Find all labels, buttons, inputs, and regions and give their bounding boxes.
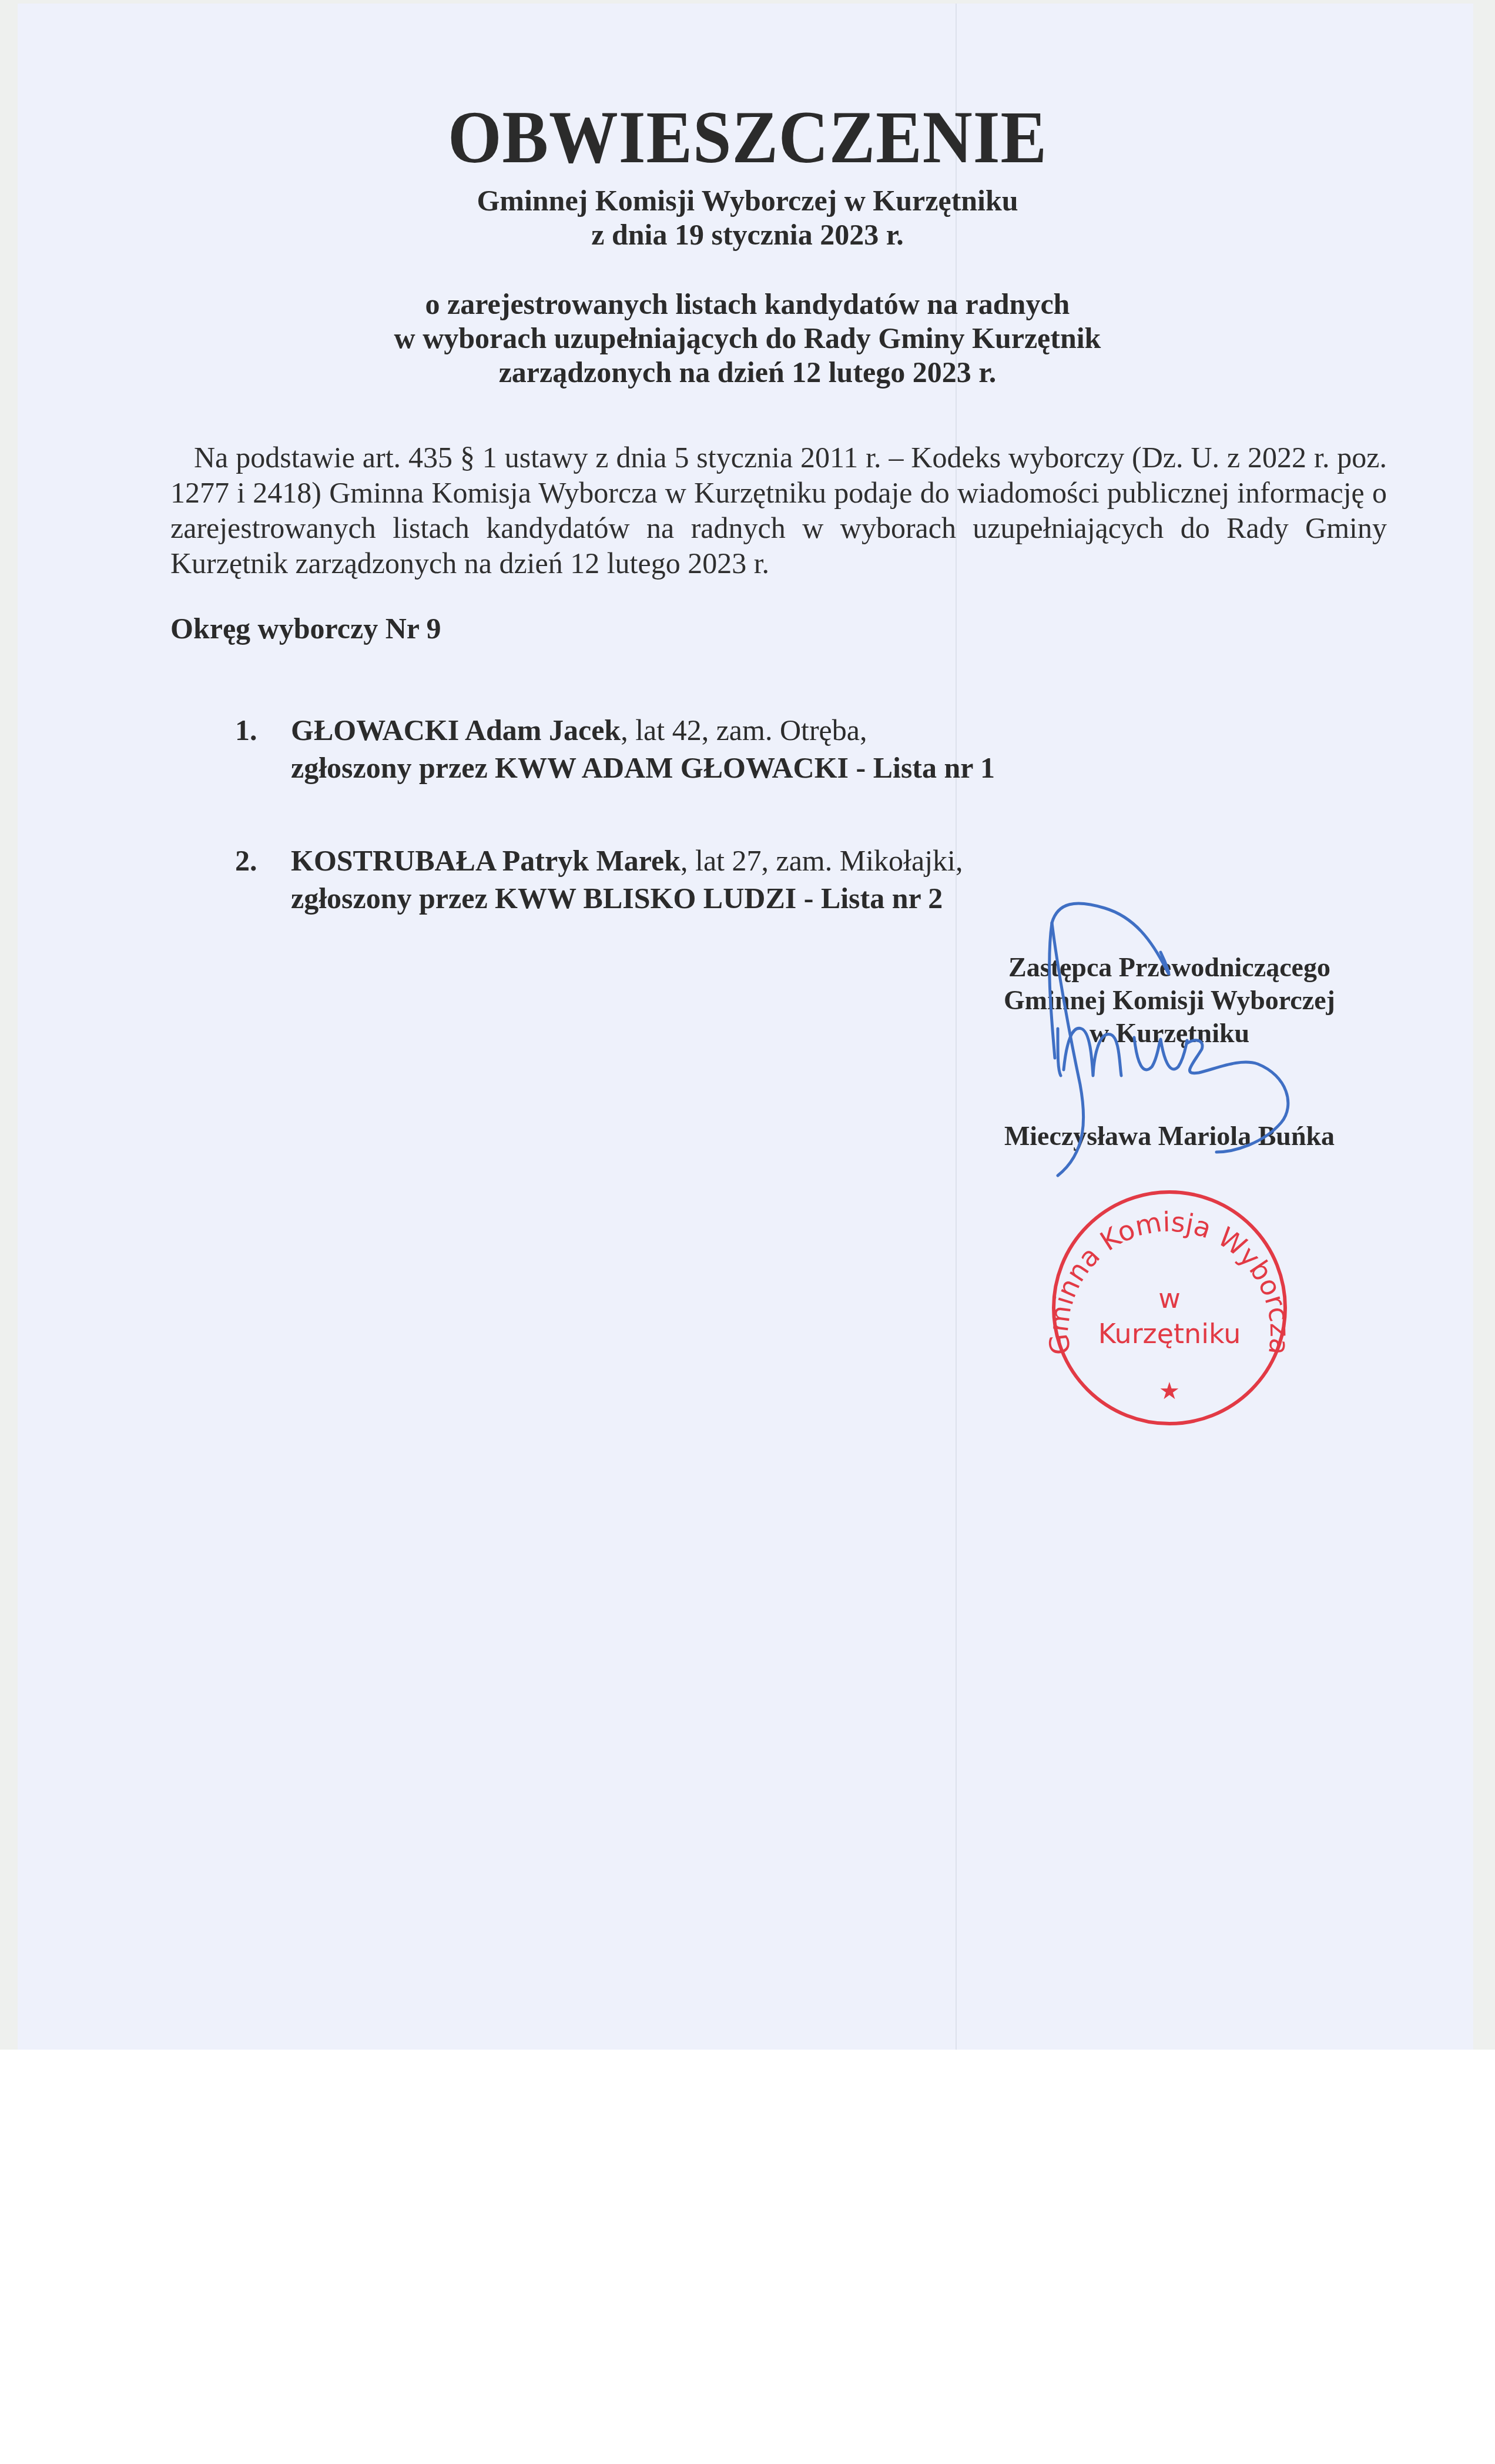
signatory-role-line: Gminnej Komisji Wyborczej [940,984,1399,1017]
signatory-role-line: Zastępca Przewodniczącego [940,951,1399,984]
signatory-role: Zastępca Przewodniczącego Gminnej Komisj… [940,951,1399,1050]
signatory-name: Mieczysława Mariola Buńka [940,1120,1399,1153]
candidate-number: 1. [235,711,257,749]
date-line: z dnia 19 stycznia 2023 r. [0,217,1495,252]
document-title: OBWIESZCZENIE [60,94,1435,180]
topic-line-1: o zarejestrowanych listach kandydatów na… [0,287,1495,321]
candidate-nomination: zgłoszony przez KWW BLISKO LUDZI - Lista… [291,882,943,915]
candidate-details: , lat 42, zam. Otręba, [621,714,867,746]
topic-line-3: zarządzonych na dzień 12 lutego 2023 r. [0,355,1495,389]
topic-line-2: w wyborach uzupełniających do Rady Gminy… [0,321,1495,355]
candidate-name: GŁOWACKI Adam Jacek [291,714,621,746]
signatory-role-line: w Kurzętniku [940,1017,1399,1050]
candidate-nomination: zgłoszony przez KWW ADAM GŁOWACKI - List… [291,751,995,784]
district-heading: Okręg wyborczy Nr 9 [170,611,441,645]
body-paragraph: Na podstawie art. 435 § 1 ustawy z dnia … [170,440,1387,581]
candidate-details: , lat 27, zam. Mikołajki, [681,844,963,877]
body-paragraph-text: Na podstawie art. 435 § 1 ustawy z dnia … [170,441,1387,580]
candidate-text: KOSTRUBAŁA Patryk Marek, lat 27, zam. Mi… [291,842,963,917]
candidate-name: KOSTRUBAŁA Patryk Marek [291,844,681,877]
candidate-text: GŁOWACKI Adam Jacek, lat 42, zam. Otręba… [291,711,995,786]
candidate-number: 2. [235,842,257,879]
issuer-line: Gminnej Komisji Wyborczej w Kurzętniku [0,183,1495,217]
